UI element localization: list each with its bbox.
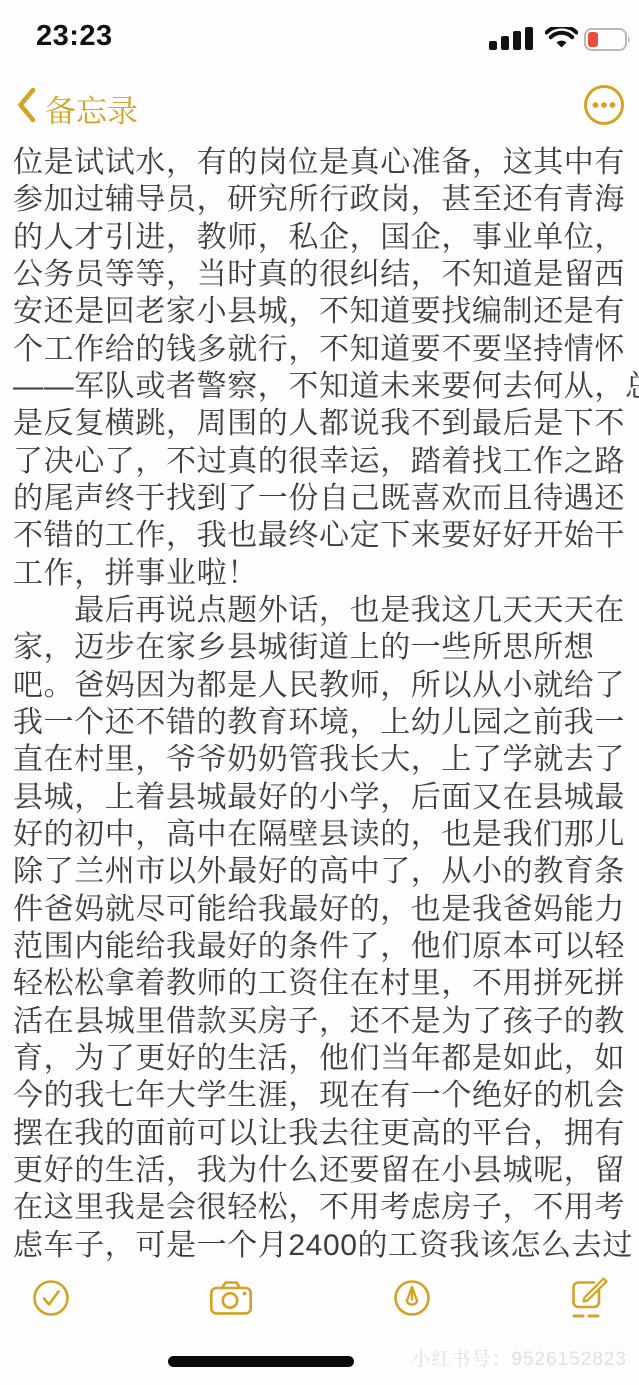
note-body[interactable]: 位是试试水，有的岗位是真心准备，这其中有参加过辅导员，研究所行政岗，甚至还有青海… [13, 144, 626, 1264]
notes-app-screen: 23:23 [0, 0, 639, 1385]
note-text-line: 个工作给的钱多就行，不知道要不要坚持情怀 [13, 331, 626, 368]
status-icons [489, 27, 631, 56]
more-button[interactable] [583, 84, 625, 126]
camera-button[interactable] [209, 1276, 253, 1322]
note-text-line: 县城，上着县城最好的小学，后面又在县城最 [13, 779, 626, 816]
markup-pen-button[interactable] [390, 1276, 434, 1322]
bottom-toolbar [0, 1276, 639, 1326]
note-text-line: 安还是回老家小县城，不知道要找编制还是有 [13, 293, 626, 330]
note-text-line: 吧。爸妈因为都是人民教师，所以从小就给了 [13, 667, 626, 704]
note-text-line: 更好的生活，我为什么还要留在小县城呢，留 [13, 1152, 626, 1189]
note-text-line: 了决心了，不过真的很幸运，踏着找工作之路 [13, 443, 626, 480]
back-button[interactable]: 备忘录 [16, 86, 138, 131]
note-text-line: 轻松松拿着教师的工资住在村里，不用拼死拼 [13, 965, 626, 1002]
chevron-left-icon [16, 87, 37, 131]
note-text-line: 直在村里，爷爷奶奶管我长大，上了学就去了 [13, 741, 626, 778]
cellular-signal-icon [489, 27, 539, 56]
note-text-line: 最后再说点题外话，也是我这几天天天在 [13, 592, 626, 629]
note-text-line: 范围内能给我最好的条件了，他们原本可以轻 [13, 928, 626, 965]
battery-icon [584, 28, 631, 56]
ellipsis-circle-icon [583, 113, 625, 130]
note-text-line: 参加过辅导员，研究所行政岗，甚至还有青海 [13, 181, 626, 218]
note-text-line: 活在县城里借款买房子，还不是为了孩子的教 [13, 1003, 626, 1040]
note-text-line: 不错的工作，我也最终心定下来要好好开始干 [13, 517, 626, 554]
note-text-line: 我一个还不错的教育环境，上幼儿园之前我一 [13, 704, 626, 741]
checklist-button[interactable] [29, 1276, 73, 1322]
note-text-line: ——军队或者警察，不知道未来要何去何从，总 [13, 368, 626, 405]
note-text-line: 今的我七年大学生涯，现在有一个绝好的机会 [13, 1077, 626, 1114]
watermark-text: 小红书号：9526152823 [411, 1344, 627, 1371]
compose-icon [570, 1308, 610, 1323]
note-text-line: 除了兰州市以外最好的高中了，从小的教育条 [13, 853, 626, 890]
back-button-label: 备忘录 [45, 86, 138, 131]
note-text-line: 件爸妈就尽可能给我最好的，也是我爸妈能力 [13, 891, 626, 928]
note-text-line: 好的初中，高中在隔壁县读的，也是我们那儿 [13, 816, 626, 853]
home-indicator[interactable] [168, 1356, 354, 1367]
nav-bar: 备忘录 [0, 82, 639, 138]
note-text-line: 家，迈步在家乡县城街道上的一些所思所想 [13, 629, 626, 666]
note-text-line: 在这里我是会很轻松，不用考虑房子，不用考 [13, 1189, 626, 1226]
note-text-line: 工作，拼事业啦！ [13, 555, 626, 592]
note-text-line: 公务员等等，当时真的很纠结，不知道是留西 [13, 256, 626, 293]
note-text-line: 位是试试水，有的岗位是真心准备，这其中有 [13, 144, 626, 181]
checklist-icon [32, 1305, 70, 1320]
compose-button[interactable] [568, 1276, 612, 1322]
status-time: 23:23 [36, 20, 113, 53]
status-bar: 23:23 [0, 0, 639, 70]
note-text-line: 的尾声终于找到了一份自己既喜欢而且待遇还 [13, 480, 626, 517]
markup-pen-icon [393, 1305, 431, 1320]
wifi-icon [545, 27, 578, 56]
note-text-line: 摆在我的面前可以让我去往更高的平台，拥有 [13, 1115, 626, 1152]
note-text-line: 育，为了更好的生活，他们当年都是如此，如 [13, 1040, 626, 1077]
note-text-line: 是反复横跳，周围的人都说我不到最后是下不 [13, 405, 626, 442]
camera-icon [210, 1303, 252, 1318]
note-text-line: 虑车子，可是一个月2400的工资我该怎么去过 [13, 1227, 626, 1264]
note-text-line: 的人才引进，教师，私企，国企，事业单位， [13, 219, 626, 256]
